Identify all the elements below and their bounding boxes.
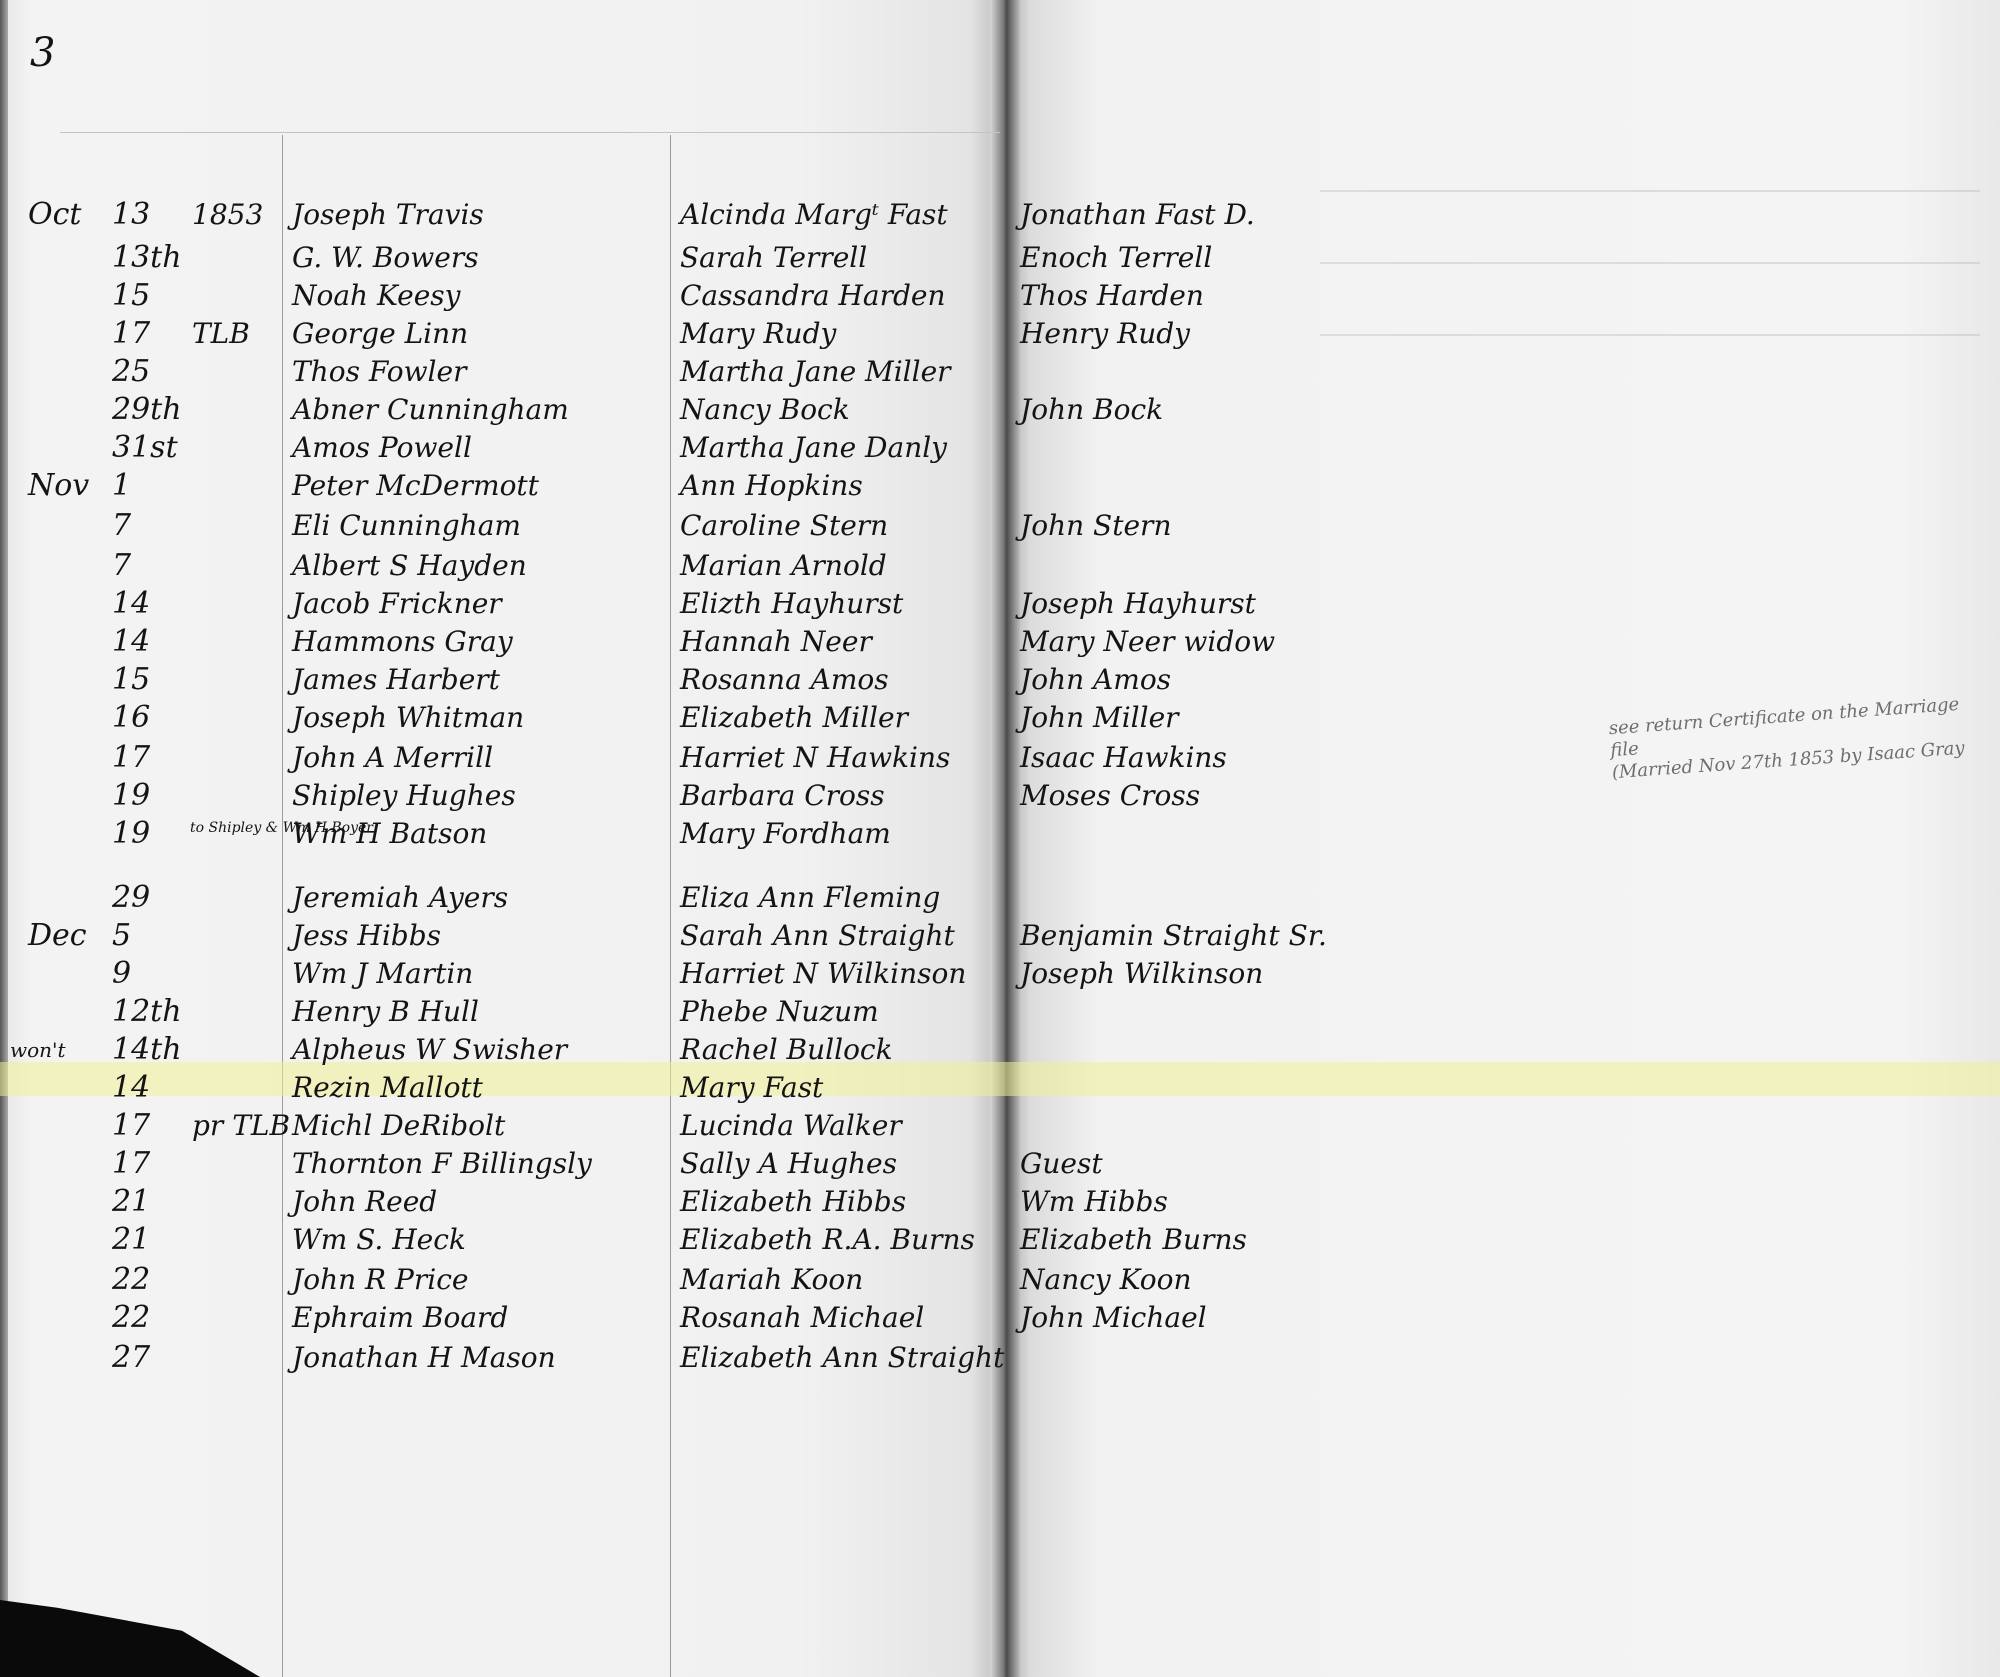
groom-name: Wm J Martin: [292, 954, 473, 994]
groom-name: John R Price: [292, 1260, 468, 1300]
groom-name: Joseph Travis: [292, 195, 484, 235]
entry-day: 25: [112, 352, 150, 392]
table-row: 29Jeremiah AyersEliza Ann Fleming: [0, 878, 2000, 918]
groom-name: Noah Keesy: [292, 276, 460, 316]
table-row: won't14thAlpheus W SwisherRachel Bullock: [0, 1030, 2000, 1070]
groom-name: Peter McDermott: [292, 466, 539, 506]
groom-name: Michl DeRibolt: [292, 1106, 505, 1146]
groom-name: Henry B Hull: [292, 992, 479, 1032]
bride-name: Caroline Stern: [680, 506, 888, 546]
consent-name: John Miller: [1020, 698, 1179, 738]
consent-name: Jonathan Fast D.: [1020, 195, 1255, 235]
entry-day: 13th: [112, 238, 182, 278]
consent-name: John Stern: [1020, 506, 1171, 546]
entry-day: 19: [112, 776, 150, 816]
entry-day: 15: [112, 660, 150, 700]
bride-name: Elizabeth Hibbs: [680, 1182, 906, 1222]
consent-name: Joseph Wilkinson: [1020, 954, 1263, 994]
table-row: 14Hammons GrayHannah NeerMary Neer widow: [0, 622, 2000, 662]
groom-name: Jess Hibbs: [292, 916, 441, 956]
entry-year-or-officiant: pr TLB: [192, 1106, 290, 1146]
groom-name: Rezin Mallott: [292, 1068, 483, 1108]
entry-day: 17: [112, 1106, 150, 1146]
consent-name: Joseph Hayhurst: [1020, 584, 1256, 624]
table-row: 22Ephraim BoardRosanah MichaelJohn Micha…: [0, 1298, 2000, 1338]
groom-name: Shipley Hughes: [292, 776, 516, 816]
entry-day: 17: [112, 1144, 150, 1184]
table-row: 22John R PriceMariah KoonNancy Koon: [0, 1260, 2000, 1300]
entry-day: 5: [112, 916, 131, 956]
table-row: 17Thornton F BillingslySally A HughesGue…: [0, 1144, 2000, 1184]
groom-name: Albert S Hayden: [292, 546, 527, 586]
bride-name: Hannah Neer: [680, 622, 872, 662]
groom-name: Joseph Whitman: [292, 698, 524, 738]
bride-name: Martha Jane Danly: [680, 428, 947, 468]
table-row: Oct131853Joseph TravisAlcinda Margᵗ Fast…: [0, 195, 2000, 235]
groom-name: Ephraim Board: [292, 1298, 508, 1338]
entry-day: 31st: [112, 428, 178, 468]
table-row: 7Eli CunninghamCaroline SternJohn Stern: [0, 506, 2000, 546]
consent-name: Thos Harden: [1020, 276, 1204, 316]
bride-name: Rosanna Amos: [680, 660, 889, 700]
entry-day: 13: [112, 195, 150, 235]
entry-day: 22: [112, 1260, 150, 1300]
entry-day: 7: [112, 506, 131, 546]
groom-name: Abner Cunningham: [292, 390, 569, 430]
table-row: 9Wm J MartinHarriet N WilkinsonJoseph Wi…: [0, 954, 2000, 994]
bride-name: Rosanah Michael: [680, 1298, 924, 1338]
entry-month: Oct: [28, 195, 81, 235]
bride-name: Phebe Nuzum: [680, 992, 879, 1032]
consent-name: John Amos: [1020, 660, 1171, 700]
bride-name: Lucinda Walker: [680, 1106, 902, 1146]
entry-day: 22: [112, 1298, 150, 1338]
entry-day: 21: [112, 1220, 150, 1260]
consent-name: Isaac Hawkins: [1020, 738, 1227, 778]
table-row: 19Shipley HughesBarbara CrossMoses Cross: [0, 776, 2000, 816]
bride-name: Mary Fordham: [680, 814, 891, 854]
entry-day: 14th: [112, 1030, 182, 1070]
entry-day: 29th: [112, 390, 182, 430]
entry-year-or-officiant: 1853: [192, 195, 263, 235]
consent-name: John Bock: [1020, 390, 1163, 430]
groom-name: Amos Powell: [292, 428, 472, 468]
table-row: 25Thos FowlerMartha Jane Miller: [0, 352, 2000, 392]
entry-day: 14: [112, 622, 150, 662]
consent-name: Wm Hibbs: [1020, 1182, 1168, 1222]
bride-name: Sarah Terrell: [680, 238, 867, 278]
table-row: Nov1Peter McDermottAnn Hopkins: [0, 466, 2000, 506]
header-rule: [60, 132, 1000, 133]
table-row: Dec5Jess HibbsSarah Ann StraightBenjamin…: [0, 916, 2000, 956]
bride-name: Nancy Bock: [680, 390, 850, 430]
consent-name: Guest: [1020, 1144, 1103, 1184]
bride-name: Cassandra Harden: [680, 276, 946, 316]
entry-year-or-officiant: TLB: [192, 314, 250, 354]
bride-name: Marian Arnold: [680, 546, 887, 586]
entry-day: 29: [112, 878, 150, 918]
table-row: 14Jacob FricknerElizth HayhurstJoseph Ha…: [0, 584, 2000, 624]
bride-name: Eliza Ann Fleming: [680, 878, 940, 918]
groom-name: John Reed: [292, 1182, 437, 1222]
entry-month: Nov: [28, 466, 89, 506]
bride-name: Harriet N Hawkins: [680, 738, 950, 778]
entry-day: 14: [112, 584, 150, 624]
bride-name: Sarah Ann Straight: [680, 916, 955, 956]
table-row: 15Noah KeesyCassandra HardenThos Harden: [0, 276, 2000, 316]
table-row: 13thG. W. BowersSarah TerrellEnoch Terre…: [0, 238, 2000, 278]
consent-name: Mary Neer widow: [1020, 622, 1275, 662]
table-row: 27Jonathan H MasonElizabeth Ann Straight: [0, 1338, 2000, 1378]
entry-day: 21: [112, 1182, 150, 1222]
groom-name: Wm S. Heck: [292, 1220, 466, 1260]
bride-name: Elizabeth Miller: [680, 698, 908, 738]
table-row: 29thAbner CunninghamNancy BockJohn Bock: [0, 390, 2000, 430]
consent-name: Nancy Koon: [1020, 1260, 1192, 1300]
bride-name: Elizth Hayhurst: [680, 584, 903, 624]
bride-name: Mary Fast: [680, 1068, 823, 1108]
entry-day: 17: [112, 738, 150, 778]
consent-name: John Michael: [1020, 1298, 1207, 1338]
table-row: 17TLBGeorge LinnMary RudyHenry Rudy: [0, 314, 2000, 354]
table-row: 12thHenry B HullPhebe Nuzum: [0, 992, 2000, 1032]
table-row: 31stAmos PowellMartha Jane Danly: [0, 428, 2000, 468]
table-row: 21John ReedElizabeth HibbsWm Hibbs: [0, 1182, 2000, 1222]
entry-day: 19: [112, 814, 150, 854]
bride-name: Barbara Cross: [680, 776, 885, 816]
consent-name: Moses Cross: [1020, 776, 1200, 816]
bride-name: Mariah Koon: [680, 1260, 863, 1300]
bride-name: Elizabeth Ann Straight: [680, 1338, 1004, 1378]
groom-name: Alpheus W Swisher: [292, 1030, 567, 1070]
groom-name: Jonathan H Mason: [292, 1338, 556, 1378]
bride-name: Elizabeth R.A. Burns: [680, 1220, 975, 1260]
table-row: 21Wm S. HeckElizabeth R.A. BurnsElizabet…: [0, 1220, 2000, 1260]
groom-name: G. W. Bowers: [292, 238, 479, 278]
table-row: 14Rezin MallottMary Fast: [0, 1068, 2000, 1108]
bride-name: Sally A Hughes: [680, 1144, 897, 1184]
ledger-spread: 3 Oct131853Joseph TravisAlcinda Margᵗ Fa…: [0, 0, 2000, 1677]
entry-day: 14: [112, 1068, 150, 1108]
groom-name: Thos Fowler: [292, 352, 466, 392]
bride-name: Alcinda Margᵗ Fast: [680, 195, 948, 235]
entry-day: 7: [112, 546, 131, 586]
bride-name: Ann Hopkins: [680, 466, 863, 506]
entry-day: 17: [112, 314, 150, 354]
entry-day: 16: [112, 698, 150, 738]
left-margin-annotation: won't: [10, 1030, 66, 1070]
consent-name: Henry Rudy: [1020, 314, 1190, 354]
consent-name: Enoch Terrell: [1020, 238, 1212, 278]
bride-name: Rachel Bullock: [680, 1030, 893, 1070]
entry-month: Dec: [28, 916, 87, 956]
entry-day: 12th: [112, 992, 182, 1032]
groom-name: Thornton F Billingsly: [292, 1144, 592, 1184]
bride-name: Harriet N Wilkinson: [680, 954, 966, 994]
groom-name: John A Merrill: [292, 738, 493, 778]
groom-name: Eli Cunningham: [292, 506, 521, 546]
bride-name: Mary Rudy: [680, 314, 836, 354]
consent-name: Benjamin Straight Sr.: [1020, 916, 1327, 956]
groom-name: Jeremiah Ayers: [292, 878, 508, 918]
table-row: 7Albert S HaydenMarian Arnold: [0, 546, 2000, 586]
table-row: 15James HarbertRosanna AmosJohn Amos: [0, 660, 2000, 700]
table-row: 17pr TLBMichl DeRiboltLucinda Walker: [0, 1106, 2000, 1146]
entry-day: 9: [112, 954, 131, 994]
groom-name: James Harbert: [292, 660, 500, 700]
groom-name: Wm H Batson: [292, 814, 487, 854]
groom-name: Jacob Frickner: [292, 584, 502, 624]
consent-name: Elizabeth Burns: [1020, 1220, 1247, 1260]
page-number: 3: [30, 30, 55, 76]
bride-name: Martha Jane Miller: [680, 352, 951, 392]
groom-name: George Linn: [292, 314, 468, 354]
table-row: 19to Shipley & Wm H BoyerWm H BatsonMary…: [0, 814, 2000, 854]
entry-day: 27: [112, 1338, 150, 1378]
entry-day: 1: [112, 466, 131, 506]
groom-name: Hammons Gray: [292, 622, 513, 662]
entry-day: 15: [112, 276, 150, 316]
